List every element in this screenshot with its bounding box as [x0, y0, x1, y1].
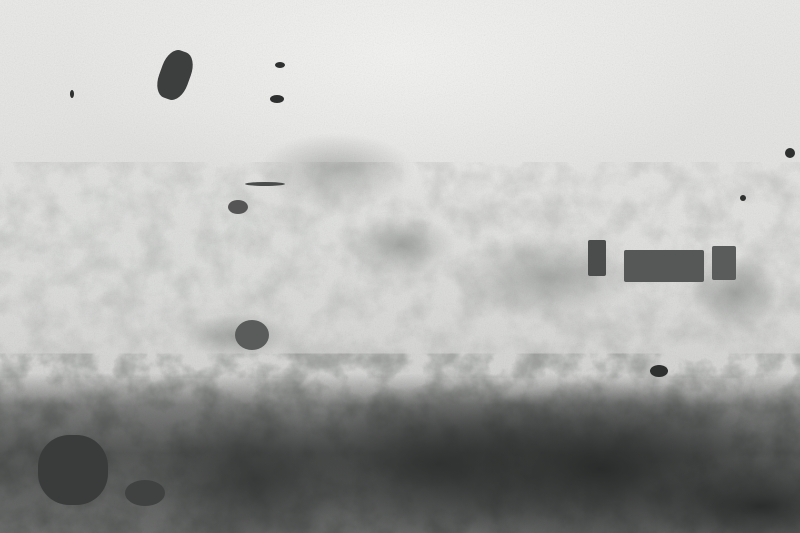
- stain-spot: [70, 90, 74, 98]
- stain-spot: [270, 95, 284, 103]
- dark-rect-patch: [624, 250, 704, 282]
- dark-rect-patch: [712, 246, 736, 280]
- wall-texture-photo: [0, 0, 800, 533]
- stain-spot: [650, 365, 668, 377]
- dark-rect-patch: [588, 240, 606, 276]
- stain-spot: [275, 62, 285, 68]
- stain-spot: [38, 435, 108, 505]
- stain-spot: [235, 320, 269, 350]
- stain-spot: [125, 480, 165, 506]
- stain-spot: [785, 148, 795, 158]
- stain-spot: [228, 200, 248, 214]
- stain-spot: [245, 182, 285, 186]
- stain-spot: [740, 195, 746, 201]
